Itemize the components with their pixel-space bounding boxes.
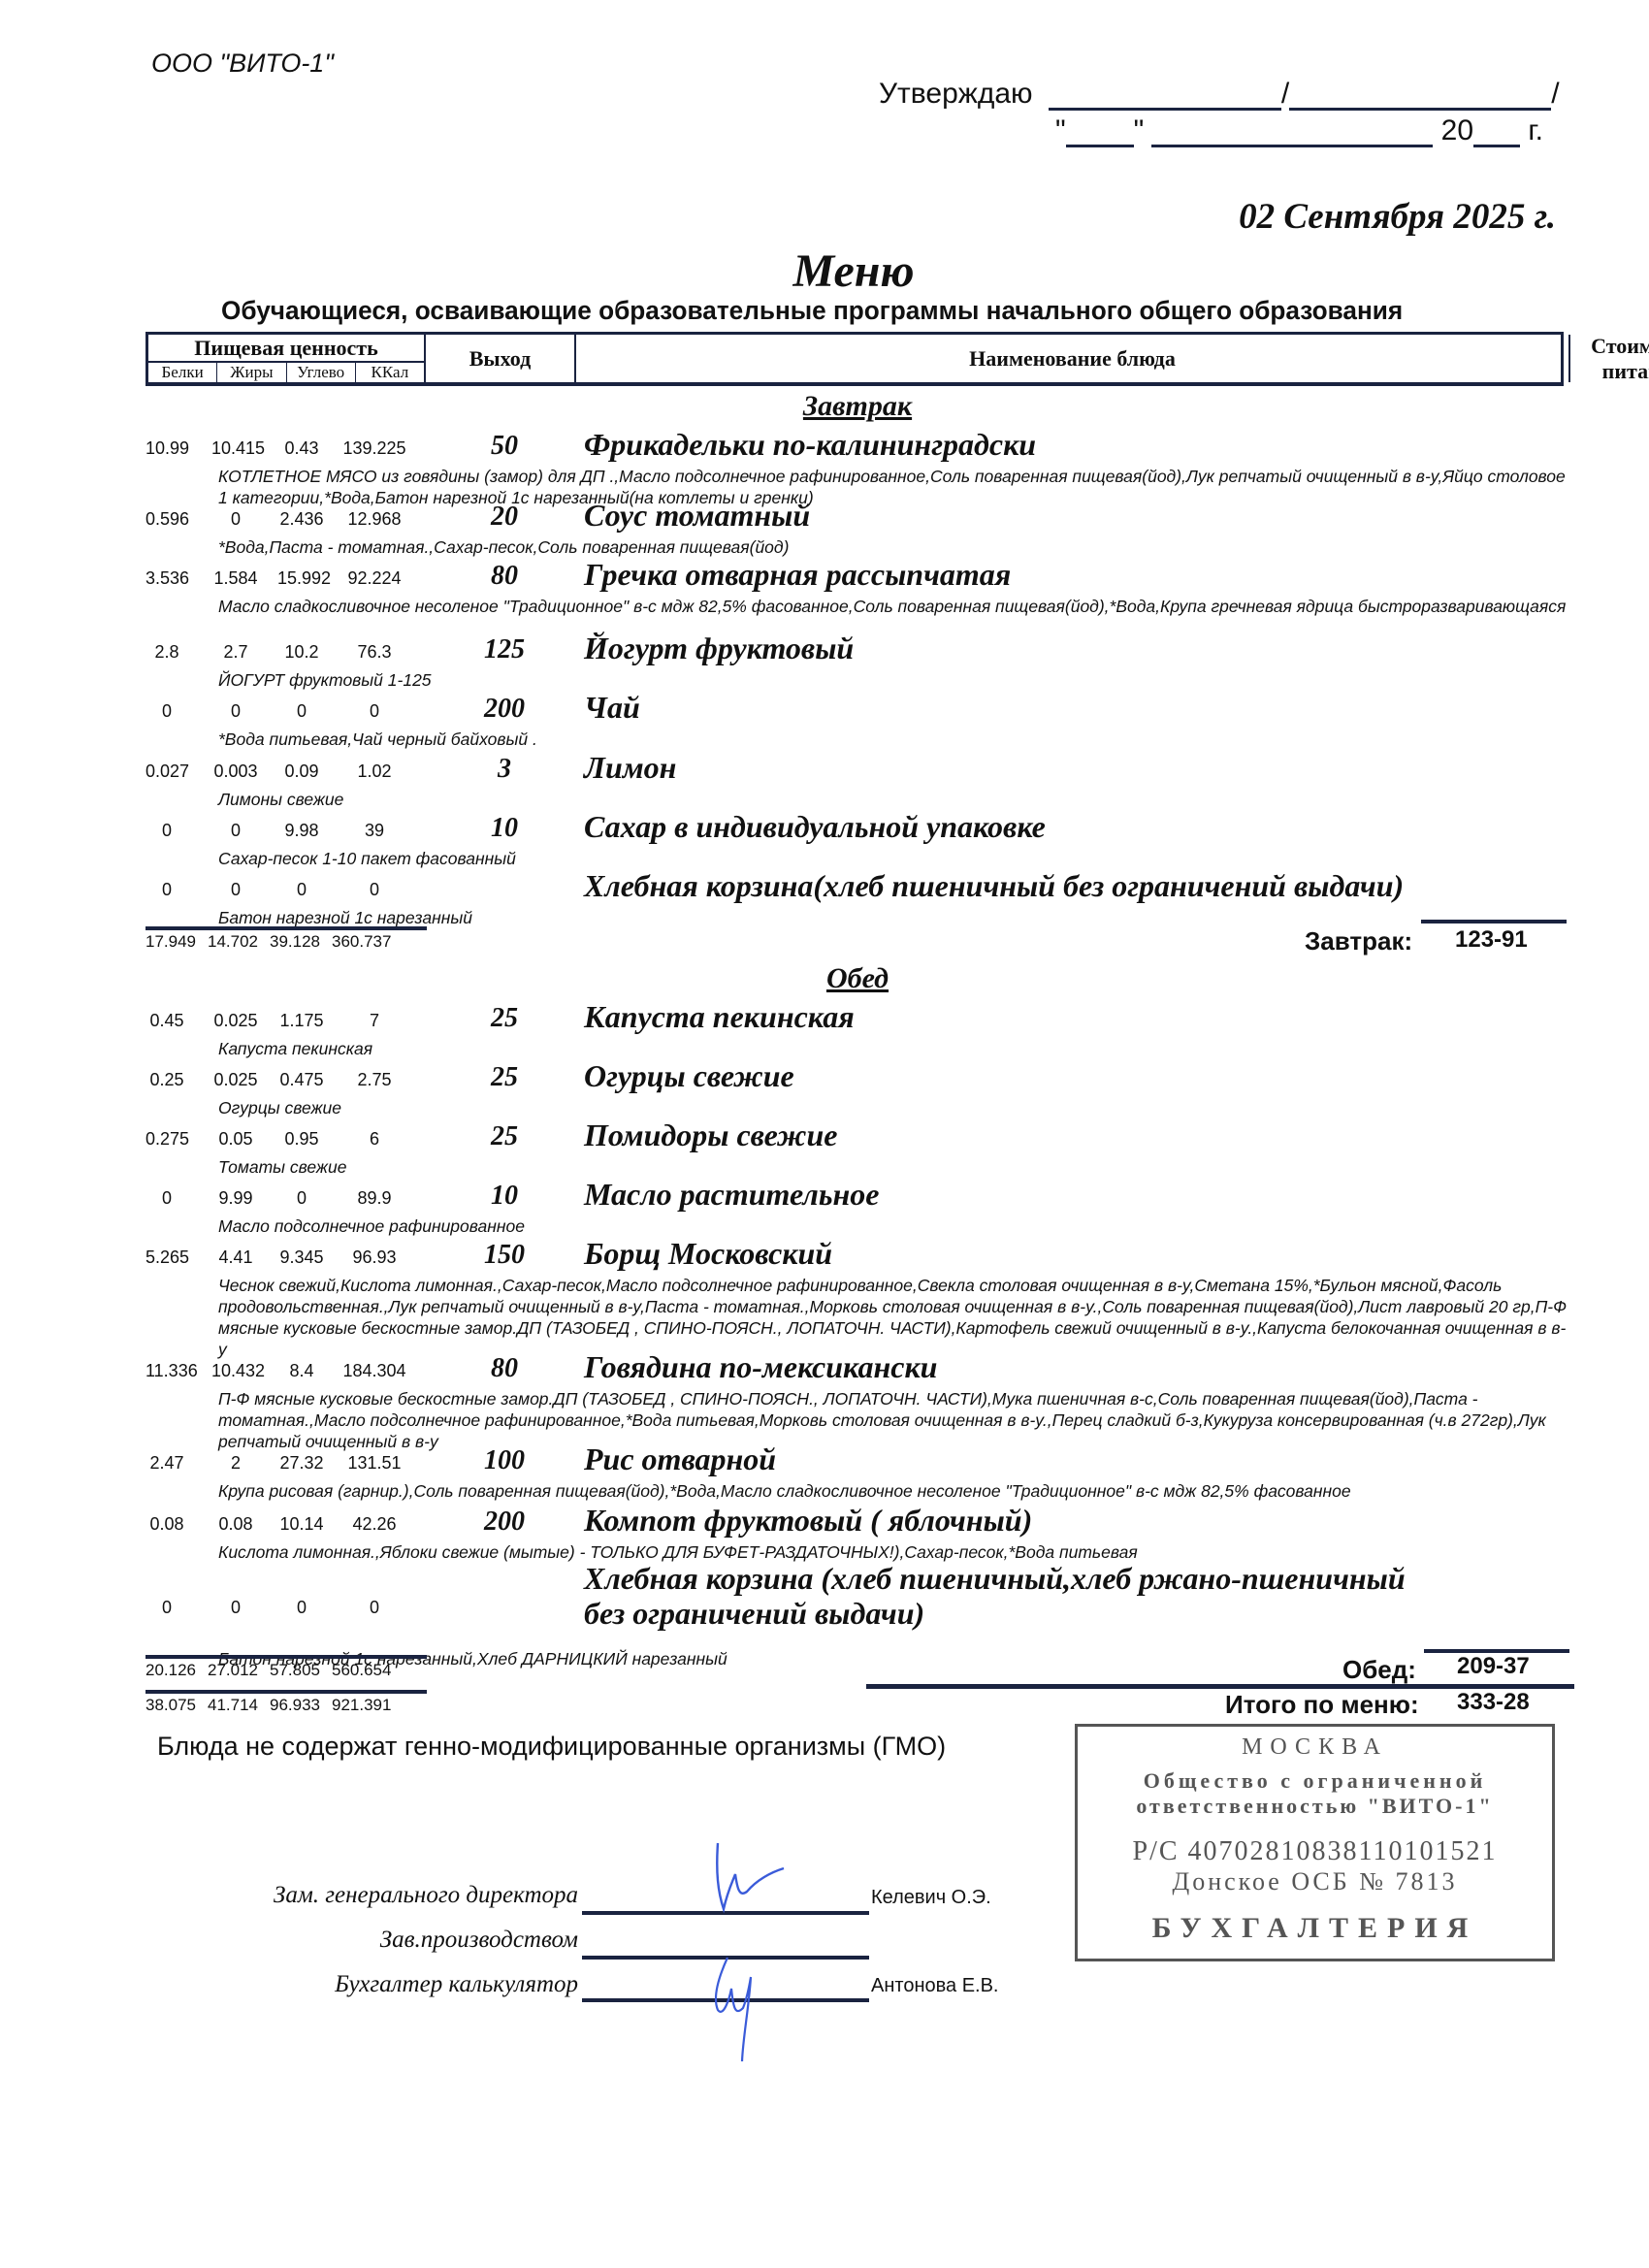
fats-value: 2 [211,1453,260,1474]
dish-name: Соус томатный [584,498,810,534]
nutrition-values: 3.5361.58415.99292.224 [145,563,436,592]
company-name: ООО "ВИТО-1" [151,49,334,79]
proteins-value: 0.596 [145,509,188,530]
kcal-value: 96.93 [336,1247,413,1268]
table-header: Пищевая ценность Белки Жиры Углево ККал … [145,332,1564,386]
approve-label: Утверждаю [879,78,1033,110]
gmo-note: Блюда не содержат генно-модифицированные… [157,1732,946,1762]
year-suffix: г. [1528,114,1543,146]
total-kcal: 921.391 [332,1696,391,1714]
nutrition-values: 0.080.0810.1442.26 [145,1508,436,1538]
ingredients: *Вода питьевая,Чай черный байховый . [218,729,1571,750]
kcal-value: 92.224 [336,568,413,589]
yield-value: 100 [466,1445,543,1476]
yield-value: 80 [466,1353,543,1384]
total-proteins: 38.075 [145,1696,196,1714]
proteins-value: 0 [145,880,188,900]
total-carbs: 57.805 [270,1661,320,1679]
grand-total-label: Итого по меню: [1225,1690,1419,1720]
fats-value: 0.025 [211,1070,260,1090]
carbs-value: 0 [277,880,326,900]
section-lunch-title: Обед [0,962,1649,995]
kcal-value: 6 [336,1129,413,1150]
kcal-value: 89.9 [336,1188,413,1209]
proteins-value: 0.45 [145,1011,188,1031]
nutrition-values: 11.33610.4328.4184.304 [145,1355,436,1384]
year-blank [1473,119,1520,147]
fats-value: 4.41 [211,1247,260,1268]
nutrition-values: 0000 [145,874,436,903]
dish-name-header: Наименование блюда [576,335,1570,382]
section-breakfast-title: Завтрак [0,390,1649,423]
approval-date-line: "" 20 г. [1055,114,1543,147]
fats-value: 0.05 [211,1129,260,1150]
approve-separator: / [1281,78,1289,110]
nutrition-values: 0000 [145,1592,436,1621]
approval-line: Утверждаю // [879,78,1560,111]
proteins-value: 11.336 [145,1361,188,1381]
nutrition-values: 0.450.0251.1757 [145,1005,436,1034]
cost-header: Стоимость питания [1570,335,1649,382]
stamp-city: МОСКВА [1078,1734,1552,1761]
nutrition-values: 009.9839 [145,815,436,844]
ingredients: Крупа рисовая (гарнир.),Соль поваренная … [218,1480,1571,1502]
kcal-value: 7 [336,1011,413,1031]
nutrition-values: 0.0270.0030.091.02 [145,756,436,785]
carbs-value: 8.4 [277,1361,326,1381]
ingredients: КОТЛЕТНОЕ МЯСО из говядины (замор) для Д… [218,466,1571,508]
ingredients: Капуста пекинская [218,1038,1571,1059]
kcal-value: 0 [336,1598,413,1618]
day-blank [1066,119,1134,147]
carbs-value: 0 [277,701,326,722]
total-proteins: 20.126 [145,1661,196,1679]
proteins-value: 2.8 [145,642,188,663]
fats-value: 2.7 [211,642,260,663]
fats-header: Жиры [217,363,286,382]
ingredients: Батон нарезной 1с нарезанный [218,907,1571,928]
kcal-value: 76.3 [336,642,413,663]
yield-value: 200 [466,694,543,725]
dish-name-cont: без ограничений выдачи) [584,1596,924,1632]
fats-value: 10.432 [211,1361,260,1381]
proteins-value: 0 [145,1598,188,1618]
kcal-value: 0 [336,880,413,900]
handwritten-signature-icon [679,1833,815,1921]
stamp-account: Р/С 40702810838110101521 [1078,1836,1552,1867]
yield-value: 25 [466,1121,543,1152]
proteins-value: 0.08 [145,1514,188,1535]
signature-role-deputy-director: Зам. генерального директора [274,1882,578,1909]
stamp-bank: Донское ОСБ № 7813 [1078,1867,1552,1896]
ingredients: Томаты свежие [218,1156,1571,1178]
yield-value: 80 [466,561,543,592]
proteins-value: 0 [145,701,188,722]
ingredients: П-Ф мясные кусковые бескостные замор.ДП … [218,1388,1571,1452]
proteins-value: 0 [145,821,188,841]
total-proteins: 17.949 [145,932,196,951]
fats-value: 1.584 [211,568,260,589]
lunch-sum-label: Обед: [1342,1655,1416,1685]
dish-name: Фрикадельки по-калининградски [584,427,1036,463]
fats-value: 0 [211,821,260,841]
cost-label-1: Стоимость [1591,334,1649,359]
nutrition-values: 10.9910.4150.43139.225 [145,433,436,462]
dish-name: Чай [584,690,640,726]
dish-name: Хлебная корзина (хлеб пшеничный,хлеб ржа… [584,1561,1406,1597]
yield-value: 10 [466,1181,543,1212]
kcal-value: 131.51 [336,1453,413,1474]
fats-value: 0 [211,701,260,722]
nutrition-label: Пищевая ценность [148,335,424,363]
page-title: Меню [0,244,1649,298]
nutrition-values: 0.2750.050.956 [145,1123,436,1152]
stamp-line2: ответственностью "ВИТО-1" [1078,1794,1552,1819]
fats-value: 10.415 [211,438,260,459]
kcal-value: 1.02 [336,761,413,782]
yield-value: 125 [466,634,543,665]
ingredients: Чеснок свежий,Кислота лимонная.,Сахар-пе… [218,1275,1571,1360]
kcal-header: ККал [356,363,424,382]
carbs-value: 27.32 [277,1453,326,1474]
fats-value: 0.08 [211,1514,260,1535]
nutrition-values: 0000 [145,696,436,725]
page-subtitle: Обучающиеся, осваивающие образовательные… [221,296,1403,326]
carbs-value: 0.475 [277,1070,326,1090]
ingredients: Сахар-песок 1-10 пакет фасованный [218,848,1571,869]
ingredients: Масло подсолнечное рафинированное [218,1215,1571,1237]
dish-name: Рис отварной [584,1442,776,1477]
dish-name: Борщ Московский [584,1236,832,1272]
breakfast-sum-label: Завтрак: [1305,926,1412,956]
proteins-value: 0 [145,1188,188,1209]
carbs-value: 0.09 [277,761,326,782]
dish-name: Помидоры свежие [584,1118,837,1153]
dish-name: Гречка отварная рассыпчатая [584,557,1011,593]
proteins-value: 3.536 [145,568,188,589]
ingredients: *Вода,Паста - томатная.,Сахар-песок,Соль… [218,536,1571,558]
month-blank [1151,119,1433,147]
dish-name: Хлебная корзина(хлеб пшеничный без огран… [584,868,1404,904]
approve-signature-blank [1049,82,1281,111]
ingredients: Масло сладкосливочное несоленое "Традици… [218,596,1571,617]
fats-value: 9.99 [211,1188,260,1209]
nutrition-values: 2.82.710.276.3 [145,636,436,665]
year-prefix: 20 [1441,114,1473,146]
cost-label-2: питания [1602,359,1649,384]
approve-separator: / [1551,78,1559,110]
proteins-header: Белки [148,363,217,382]
kcal-value: 12.968 [336,509,413,530]
total-fats: 27.012 [208,1661,258,1679]
grand-total-value: 333-28 [1457,1689,1530,1716]
yield-value: 20 [466,502,543,533]
kcal-value: 0 [336,701,413,722]
yield-value: 200 [466,1507,543,1538]
yield-value: 25 [466,1003,543,1034]
total-carbs: 96.933 [270,1696,320,1714]
nutrition-values: 2.47227.32131.51 [145,1447,436,1476]
carbs-header: Углево [287,363,356,382]
quote: " [1055,114,1066,146]
proteins-value: 0.25 [145,1070,188,1090]
carbs-value: 9.98 [277,821,326,841]
stamp-department: БУХГАЛТЕРИЯ [1078,1912,1552,1945]
carbs-value: 0 [277,1598,326,1618]
ingredients: Огурцы свежие [218,1097,1571,1118]
fats-value: 0 [211,509,260,530]
dish-name: Лимон [584,750,676,786]
carbs-value: 1.175 [277,1011,326,1031]
carbs-value: 9.345 [277,1247,326,1268]
proteins-value: 2.47 [145,1453,188,1474]
nutrition-values: 0.59602.43612.968 [145,503,436,533]
quote: " [1134,114,1145,146]
breakfast-sum-value: 123-91 [1455,926,1528,954]
total-fats: 14.702 [208,932,258,951]
company-stamp: МОСКВА Общество с ограниченной ответстве… [1075,1724,1555,1961]
dish-name: Говядина по-мексикански [584,1349,937,1385]
fats-value: 0 [211,1598,260,1618]
dish-name: Сахар в индивидуальной упаковке [584,809,1046,845]
carbs-value: 0.43 [277,438,326,459]
fats-value: 0.003 [211,761,260,782]
breakfast-sum-rule [1421,920,1567,923]
handwritten-signature-icon [698,1950,815,2066]
kcal-value: 184.304 [336,1361,413,1381]
dish-name: Йогурт фруктовый [584,631,854,666]
dish-name: Огурцы свежие [584,1058,794,1094]
proteins-value: 5.265 [145,1247,188,1268]
kcal-value: 2.75 [336,1070,413,1090]
yield-value: 25 [466,1062,543,1093]
carbs-value: 2.436 [277,509,326,530]
total-kcal: 560.654 [332,1661,391,1679]
kcal-value: 39 [336,821,413,841]
nutrition-values: 09.99089.9 [145,1183,436,1212]
yield-value: 3 [466,754,543,785]
carbs-value: 0.95 [277,1129,326,1150]
yield-header: Выход [426,335,576,382]
signature-name: Антонова Е.В. [871,1975,998,1997]
fats-value: 0 [211,880,260,900]
nutrition-values: 5.2654.419.34596.93 [145,1242,436,1271]
ingredients: ЙОГУРТ фруктовый 1-125 [218,669,1571,691]
nutrition-values: 0.250.0250.4752.75 [145,1064,436,1093]
signature-role-accountant: Бухгалтер калькулятор [335,1971,578,1998]
stamp-line1: Общество с ограниченной [1078,1768,1552,1794]
yield-value: 10 [466,813,543,844]
yield-value: 150 [466,1240,543,1271]
dish-name: Компот фруктовый ( яблочный) [584,1503,1032,1539]
lunch-totals: 20.12627.01257.805560.654 [145,1655,427,1680]
total-fats: 41.714 [208,1696,258,1714]
signature-name: Келевич О.Э. [871,1887,991,1909]
proteins-value: 10.99 [145,438,188,459]
proteins-value: 0.275 [145,1129,188,1150]
menu-date: 02 Сентября 2025 г. [1239,196,1556,238]
lunch-sum-value: 209-37 [1457,1653,1530,1680]
dish-name: Капуста пекинская [584,999,855,1035]
carbs-value: 10.14 [277,1514,326,1535]
total-carbs: 39.128 [270,932,320,951]
kcal-value: 139.225 [336,438,413,459]
total-kcal: 360.737 [332,932,391,951]
fats-value: 0.025 [211,1011,260,1031]
approve-name-blank [1289,82,1551,111]
proteins-value: 0.027 [145,761,188,782]
ingredients: Кислота лимонная.,Яблоки свежие (мытые) … [218,1541,1571,1563]
grand-totals: 38.07541.71496.933921.391 [145,1690,427,1715]
carbs-value: 0 [277,1188,326,1209]
carbs-value: 15.992 [277,568,326,589]
signature-role-production-head: Зав.производством [380,1927,578,1954]
ingredients: Лимоны свежие [218,789,1571,810]
nutrition-header: Пищевая ценность Белки Жиры Углево ККал [148,335,426,382]
breakfast-totals: 17.94914.70239.128360.737 [145,926,427,952]
yield-value: 50 [466,431,543,462]
carbs-value: 10.2 [277,642,326,663]
kcal-value: 42.26 [336,1514,413,1535]
dish-name: Масло растительное [584,1177,879,1213]
